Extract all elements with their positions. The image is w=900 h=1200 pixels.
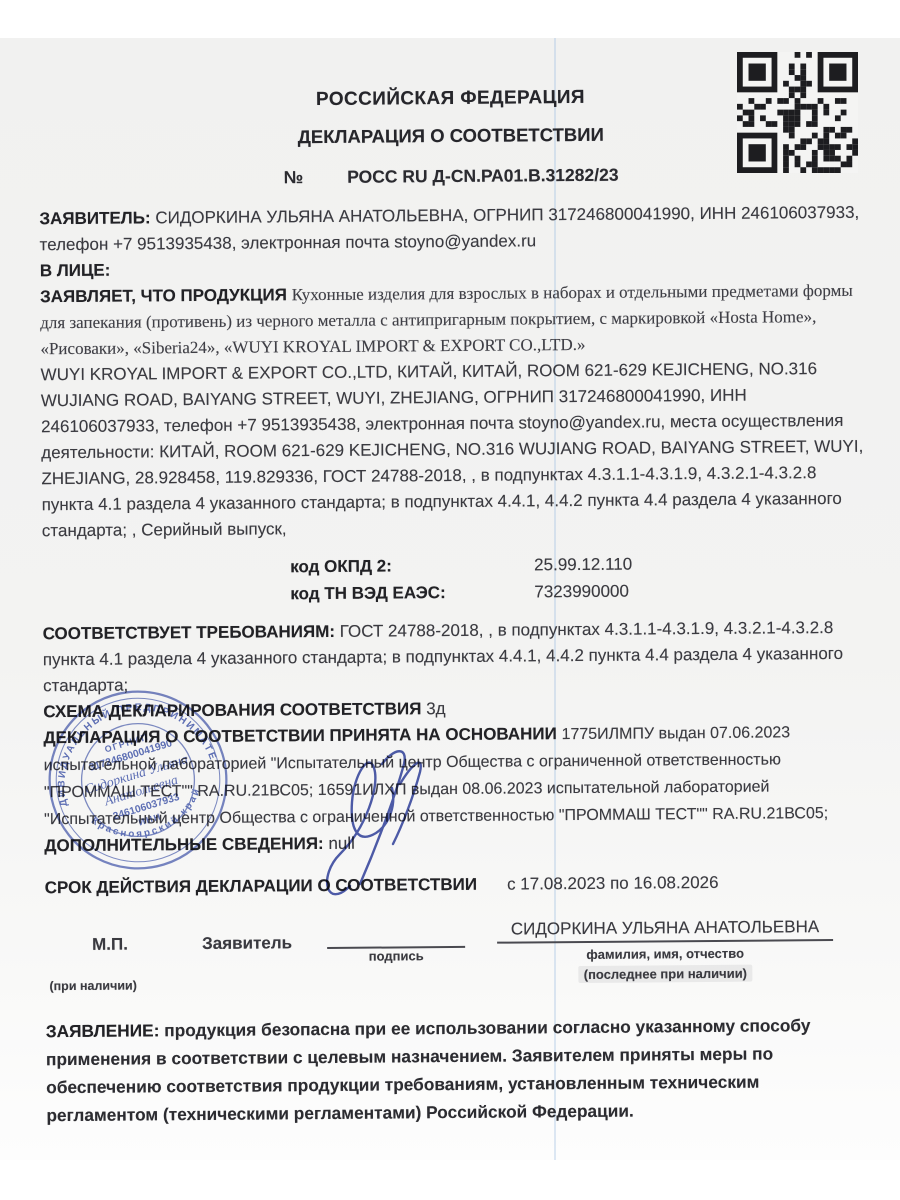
tnved-label: код ТН ВЭД ЕАЭС: [290, 578, 534, 607]
signature-line [327, 920, 465, 949]
name-caption-1: фамилия, имя, отчество [497, 944, 833, 964]
basis-paragraph: ДЕКЛАРАЦИЯ О СООТВЕТСТВИИ ПРИНЯТА НА ОСН… [43, 719, 868, 833]
okpd-value: 25.99.12.110 [534, 551, 632, 579]
complies-paragraph: СООТВЕТСТВУЕТ ТРЕБОВАНИЯМ: ГОСТ 24788-20… [43, 615, 868, 699]
complies-label: СООТВЕТСТВУЕТ ТРЕБОВАНИЯМ: [43, 622, 335, 643]
in-person-label: В ЛИЦЕ: [40, 261, 111, 281]
statement-label: ЗАЯВЛЕНИЕ: [46, 1020, 160, 1041]
document-page: РОССИЙСКАЯ ФЕДЕРАЦИЯ ДЕКЛАРАЦИЯ О СООТВЕ… [0, 38, 900, 1160]
signature-caption: подпись [327, 948, 465, 964]
title-country: РОССИЙСКАЯ ФЕДЕРАЦИЯ [38, 35, 863, 113]
statement-text: продукция безопасна при ее использовании… [46, 1015, 811, 1125]
manufacturer-details: WUYI KROYAL IMPORT & EXPORT CO.,LTD, КИТ… [41, 359, 864, 540]
additional-info-line: ДОПОЛНИТЕЛЬНЫЕ СВЕДЕНИЯ: null [44, 827, 868, 859]
applicant-paragraph: ЗАЯВИТЕЛЬ: СИДОРКИНА УЛЬЯНА АНАТОЛЬЕВНА,… [39, 200, 863, 258]
signee-name-block: СИДОРКИНА УЛЬЯНА АНАТОЛЬЕВНА фамилия, им… [497, 917, 833, 984]
stamp-place-label: М.П. [92, 935, 128, 955]
declaration-number: РОСС RU Д-CN.РА01.В.31282/23 [347, 165, 619, 188]
validity-label: СРОК ДЕЙСТВИЯ ДЕКЛАРАЦИИ О СООТВЕТСТВИИ [45, 875, 478, 897]
stamp-place-note: (при наличии) [49, 978, 137, 993]
applicant-text: СИДОРКИНА УЛЬЯНА АНАТОЛЬЕВНА, ОГРНИП 317… [40, 203, 860, 254]
validity-value: с 17.08.2023 по 16.08.2026 [507, 873, 719, 894]
additional-value: null [328, 834, 355, 853]
basis-label: ДЕКЛАРАЦИЯ О СООТВЕТСТВИИ ПРИНЯТА НА ОСН… [43, 724, 556, 747]
tnved-row: код ТН ВЭД ЕАЭС: 7323990000 [42, 576, 866, 609]
name-caption-2: (последнее при наличии) [497, 964, 833, 984]
title-doc-type: ДЕКЛАРАЦИЯ О СООТВЕТСТВИИ [39, 122, 863, 150]
declares-paragraph: ЗАЯВЛЯЕТ, ЧТО ПРОДУКЦИЯ Кухонные изделия… [40, 278, 866, 544]
number-sign: № [284, 167, 304, 188]
document-body: РОССИЙСКАЯ ФЕДЕРАЦИЯ ДЕКЛАРАЦИЯ О СООТВЕ… [0, 34, 900, 1129]
okpd-label: код ОКПД 2: [290, 551, 534, 580]
scheme-label: СХЕМА ДЕКЛАРИРОВАНИЯ СООТВЕТСТВИЯ [43, 699, 421, 721]
validity-line: СРОК ДЕЙСТВИЯ ДЕКЛАРАЦИИ О СООТВЕТСТВИИс… [45, 869, 869, 901]
tnved-value: 7323990000 [534, 578, 629, 606]
declaration-number-line: № РОСС RU Д-CN.РА01.В.31282/23 [39, 163, 863, 190]
signature-area: М.П. (при наличии) Заявитель подпись СИД… [45, 917, 870, 1007]
applicant-label: ЗАЯВИТЕЛЬ: [39, 208, 150, 228]
applicant-role-label: Заявитель [202, 933, 292, 954]
codes-block: код ОКПД 2: 25.99.12.110 код ТН ВЭД ЕАЭС… [42, 549, 866, 609]
additional-label: ДОПОЛНИТЕЛЬНЫЕ СВЕДЕНИЯ: [44, 834, 323, 855]
statement-paragraph: ЗАЯВЛЕНИЕ: продукция безопасна при ее ис… [46, 1011, 861, 1129]
declares-label: ЗАЯВЛЯЕТ, ЧТО ПРОДУКЦИЯ [40, 285, 287, 306]
signee-name: СИДОРКИНА УЛЬЯНА АНАТОЛЬЕВНА [497, 917, 833, 944]
scheme-value: 3д [426, 699, 446, 718]
